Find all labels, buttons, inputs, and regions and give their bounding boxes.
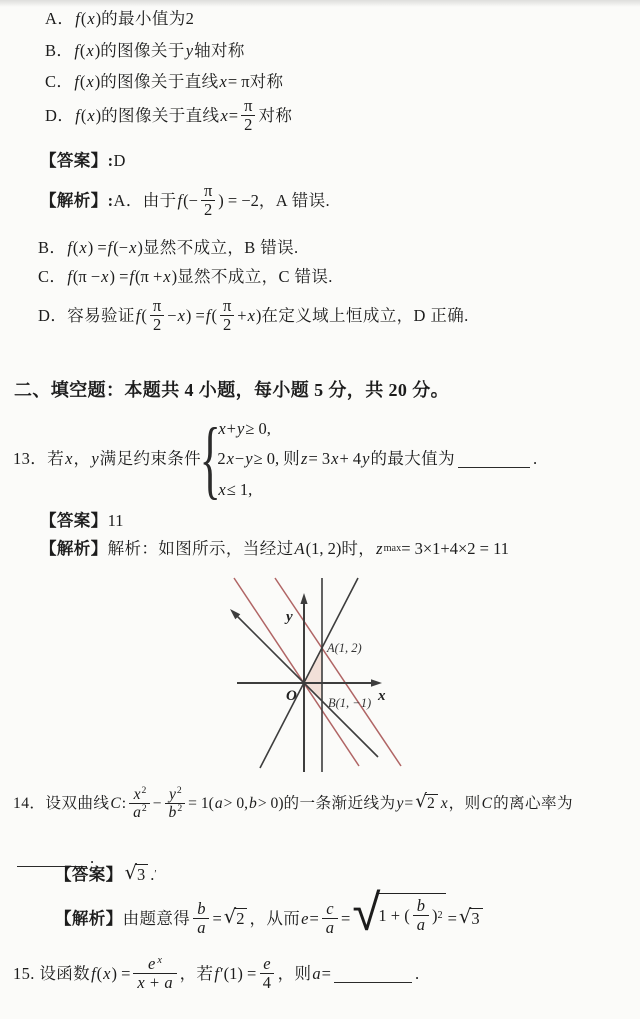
figure-y-label: y [284, 609, 293, 625]
x-axis-arrow-icon [371, 679, 382, 687]
q13-intro: 13．若 x， y 满足约束条件 [13, 448, 201, 469]
mc-option-a: A．f(x)的最小值为 2 [45, 8, 194, 29]
q14-analysis: 【解析】由题意得 ba = √2，从而 e = ca = √1 + (ba)2 … [55, 893, 485, 944]
q14-stem-line1: 14．设双曲线 C : x2a2 − y2b2 = 1(a > 0, b > 0… [13, 786, 573, 821]
mc-analysis-a: 【解析】: A．由于 f(−π2) = −2，A 错误. [40, 182, 330, 219]
objective-line-z0 [234, 578, 359, 766]
constraint-row-3: x ≤ 1, [217, 479, 279, 500]
figure-point-b-label: B(1, −1) [328, 696, 371, 710]
q14-answer: 【答案】√3 .′ [55, 864, 157, 885]
q13-stem: 13．若 x， y 满足约束条件 { x + y ≥ 0, 2x − y ≥ 0… [13, 418, 537, 500]
figure-x-label: x [377, 688, 386, 704]
q13-answer: 【答案】11 [40, 510, 124, 531]
line-2x-minus-y [260, 578, 358, 768]
figure-origin-label: O [286, 688, 297, 704]
mc-option-b: B．f(x)的图像关于 y 轴对称 [45, 40, 245, 61]
constraint-row-1: x + y ≥ 0, [217, 418, 279, 439]
left-brace: { [200, 420, 221, 499]
q13-constraint-system: x + y ≥ 0, 2x − y ≥ 0, x ≤ 1, [217, 418, 279, 500]
mc-analysis-c: C．f(π − x) = f(π + x) 显然不成立，C 错误. [38, 266, 333, 287]
q15-stem: 15. 设函数 f(x) = exx + a，若 f ′(1) = e4，则 a… [13, 955, 419, 992]
figure-point-a-label: A(1, 2) [326, 641, 362, 655]
section-heading: 二、填空题：本题共 4 小题，每小题 5 分，共 20 分。 [14, 379, 449, 402]
mc-option-c: C．f(x)的图像关于直线 x = π 对称 [45, 71, 283, 92]
line-x-plus-y [234, 613, 378, 757]
q13-tail: 则 z = 3x + 4y 的最大值为. [283, 448, 537, 469]
y-axis-arrow-icon [300, 593, 307, 604]
constraint-row-2: 2x − y ≥ 0, [217, 448, 279, 469]
mc-answer: 【答案】: D [40, 150, 125, 171]
q13-analysis: 【解析】解析：如图所示，当经过 A(1, 2) 时， zmax = 3×1+4×… [40, 538, 509, 559]
exam-page: A．f(x)的最小值为 2 B．f(x)的图像关于 y 轴对称 C．f(x)的图… [0, 0, 640, 1019]
mc-analysis-d: D．容易验证 f(π2 − x) = f(π2 + x) 在定义域上恒成立，D … [38, 297, 469, 334]
mc-option-d: D．f(x)的图像关于直线 x = π2 对称 [45, 97, 292, 134]
feasible-region-figure: y x O A(1, 2) B(1, −1) [222, 576, 492, 776]
mc-analysis-b: B．f(x) = f(−x) 显然不成立，B 错误. [38, 237, 299, 258]
